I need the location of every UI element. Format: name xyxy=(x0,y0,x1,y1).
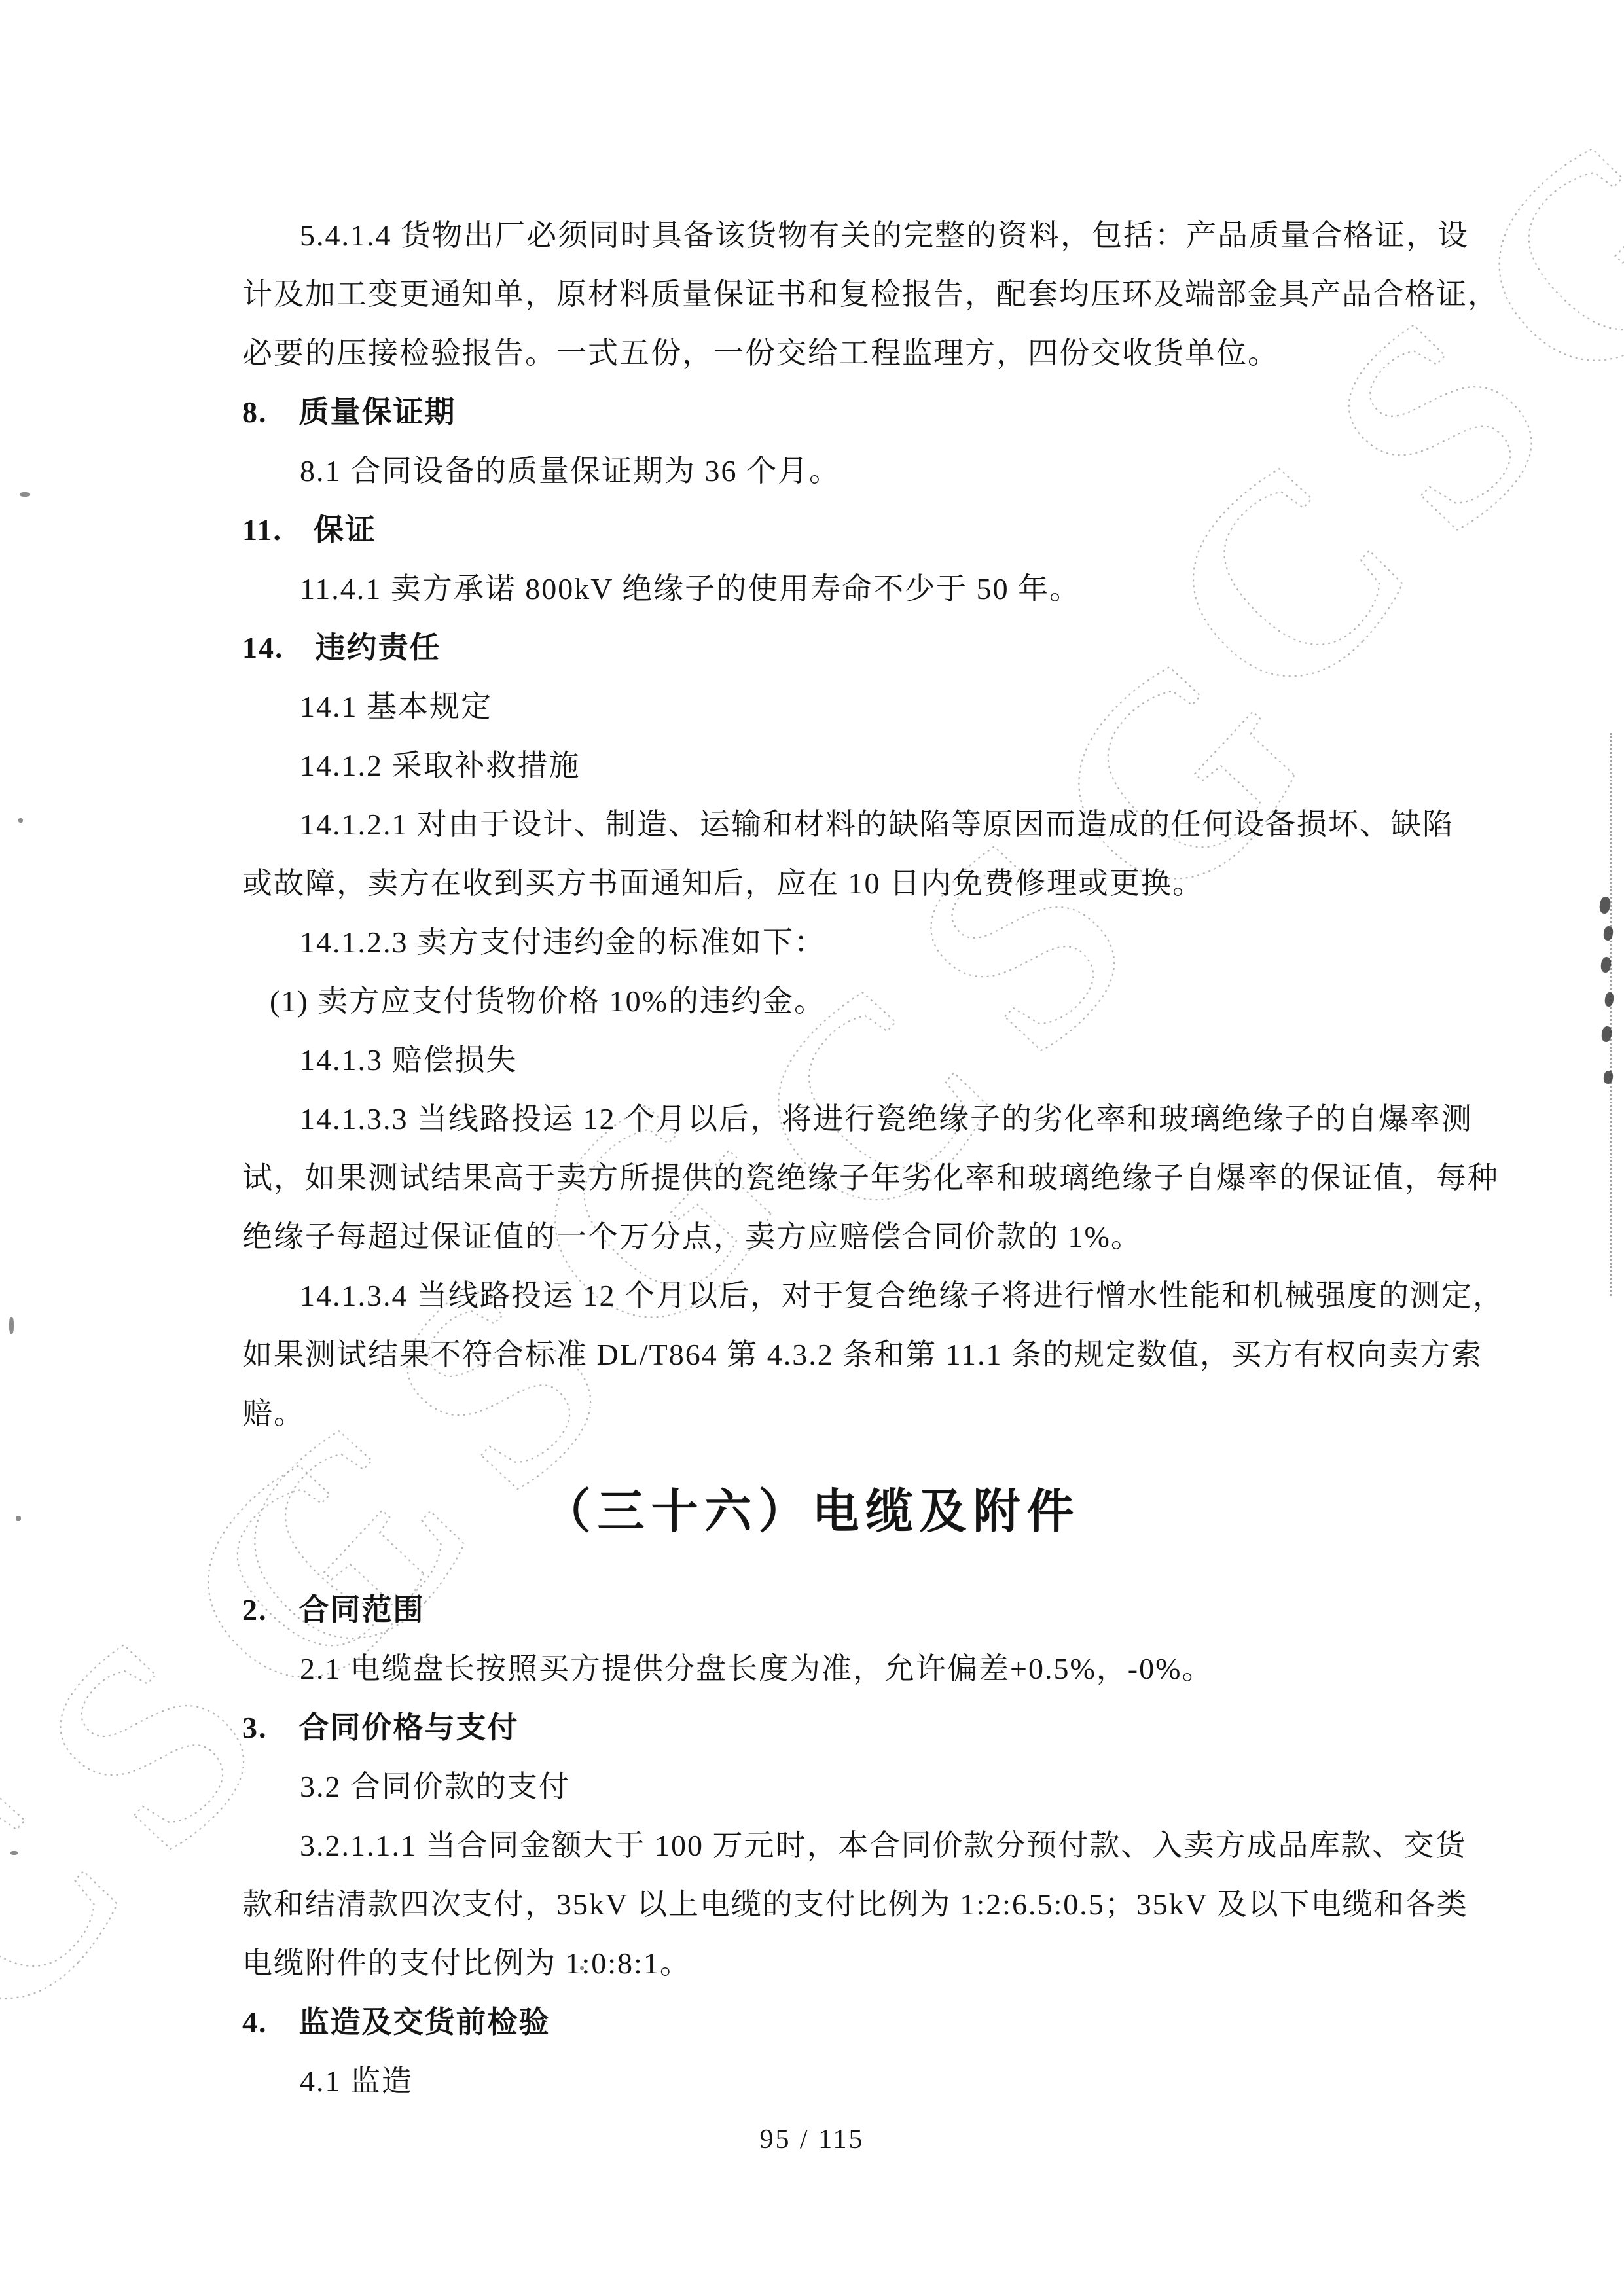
doc-line: 14.1 基本规定 xyxy=(0,677,1624,736)
doc-line: 2.1 电缆盘长按照买方提供分盘长度为准，允许偏差+0.5%，-0%。 xyxy=(0,1640,1624,1698)
doc-line: 电缆附件的支付比例为 1:0:8:1。 xyxy=(0,1934,1624,1993)
section-heading: 4. 监造及交货前检验 xyxy=(0,1993,1624,2052)
doc-line: 款和结清款四次支付，35kV 以上电缆的支付比例为 1:2:6.5:0.5；35… xyxy=(0,1875,1624,1934)
page-number: 95 / 115 xyxy=(0,2124,1624,2155)
scan-artifact-speck xyxy=(20,492,30,497)
doc-line: 14.1.2 采取补救措施 xyxy=(0,736,1624,795)
scan-artifact-speck xyxy=(18,818,23,823)
doc-line: 14.1.3.4 当线路投运 12 个月以后，对于复合绝缘子将进行憎水性能和机械… xyxy=(0,1266,1624,1325)
doc-line: 试，如果测试结果高于卖方所提供的瓷绝缘子年劣化率和玻璃绝缘子自爆率的保证值，每种 xyxy=(0,1149,1624,1208)
section-heading: 8. 质量保证期 xyxy=(0,383,1624,442)
doc-line: 赔。 xyxy=(0,1384,1624,1443)
doc-line: 11.4.1 卖方承诺 800kV 绝缘子的使用寿命不少于 50 年。 xyxy=(0,560,1624,619)
section-heading: 11. 保证 xyxy=(0,501,1624,560)
doc-line: 14.1.2.3 卖方支付违约金的标准如下： xyxy=(0,913,1624,972)
contract-scan-page: CSGCSGCSGCSG 5.4.1.4 货物出厂必须同时具备该货物有关的完整的… xyxy=(0,0,1624,2296)
scan-artifact-speck xyxy=(9,1317,14,1334)
doc-line: 或故障，卖方在收到买方书面通知后，应在 10 日内免费修理或更换。 xyxy=(0,854,1624,913)
doc-line: 14.1.3.3 当线路投运 12 个月以后，将进行瓷绝缘子的劣化率和玻璃绝缘子… xyxy=(0,1090,1624,1149)
section-heading: 2. 合同范围 xyxy=(0,1581,1624,1640)
doc-line: 14.1.2.1 对由于设计、制造、运输和材料的缺陷等原因而造成的任何设备损坏、… xyxy=(0,795,1624,854)
doc-line: 必要的压接检验报告。一式五份，一份交给工程监理方，四份交收货单位。 xyxy=(0,324,1624,383)
scan-artifact-speck xyxy=(580,1966,584,1970)
doc-line: 绝缘子每超过保证值的一个万分点，卖方应赔偿合同价款的 1%。 xyxy=(0,1208,1624,1266)
doc-line: 如果测试结果不符合标准 DL/T864 第 4.3.2 条和第 11.1 条的规… xyxy=(0,1325,1624,1384)
scan-artifact-dotted-line xyxy=(1610,733,1614,1296)
scan-artifact-speck xyxy=(16,1516,21,1521)
doc-line: (1) 卖方应支付货物价格 10%的违约金。 xyxy=(0,972,1624,1031)
chapter-title: （三十六）电缆及附件 xyxy=(0,1463,1624,1561)
document-body: 5.4.1.4 货物出厂必须同时具备该货物有关的完整的资料，包括：产品质量合格证… xyxy=(0,206,1624,2111)
doc-line: 3.2 合同价款的支付 xyxy=(0,1757,1624,1816)
scan-artifact-speck xyxy=(10,1851,18,1855)
doc-line: 5.4.1.4 货物出厂必须同时具备该货物有关的完整的资料，包括：产品质量合格证… xyxy=(0,206,1624,265)
doc-line: 4.1 监造 xyxy=(0,2052,1624,2111)
section-heading: 3. 合同价格与支付 xyxy=(0,1698,1624,1757)
section-heading: 14. 违约责任 xyxy=(0,619,1624,677)
doc-line: 8.1 合同设备的质量保证期为 36 个月。 xyxy=(0,442,1624,501)
doc-line: 计及加工变更通知单，原材料质量保证书和复检报告，配套均压环及端部金具产品合格证， xyxy=(0,265,1624,324)
doc-line: 3.2.1.1.1 当合同金额大于 100 万元时，本合同价款分预付款、入卖方成… xyxy=(0,1816,1624,1875)
doc-line: 14.1.3 赔偿损失 xyxy=(0,1031,1624,1090)
